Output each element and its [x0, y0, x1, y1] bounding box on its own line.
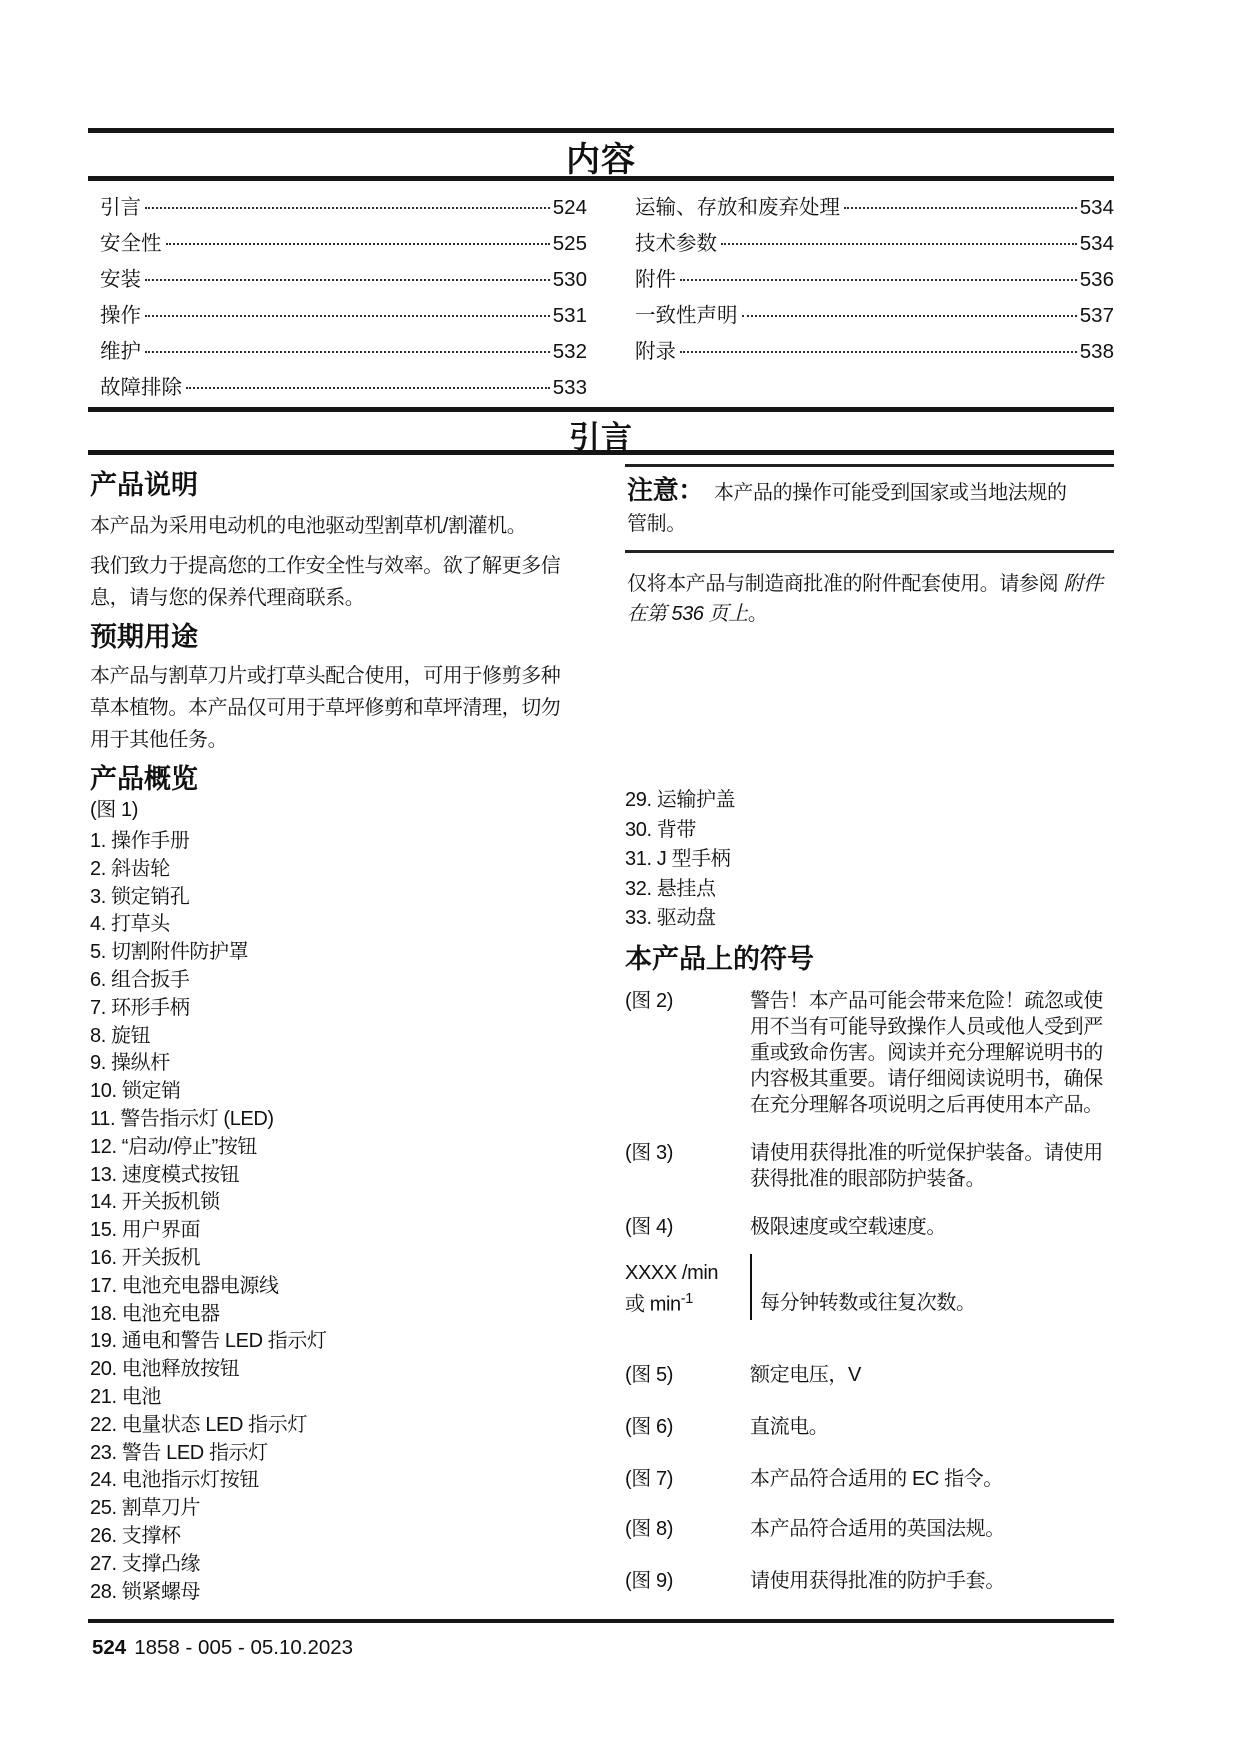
- footer-page-number: 524: [92, 1636, 126, 1659]
- overview-item: 14. 开关扳机锁: [90, 1189, 570, 1217]
- toc-entry-page: 524: [553, 190, 587, 226]
- overview-item: 24. 电池指示灯按钮: [90, 1467, 570, 1495]
- toc-entry[interactable]: 附录 538: [625, 334, 1114, 370]
- units-line1: XXXX /min: [625, 1262, 718, 1284]
- toc-entry[interactable]: 维护 532: [90, 334, 587, 370]
- overview-item: 3. 锁定销孔: [90, 884, 570, 912]
- symbol-entry: (图 9) 请使用获得批准的防护手套。: [625, 1568, 1114, 1594]
- overview-item: 21. 电池: [90, 1384, 570, 1412]
- toc-entry-page: 532: [553, 334, 587, 370]
- overview-item: 7. 环形手柄: [90, 995, 570, 1023]
- toc-entry-title: 故障排除: [100, 370, 182, 406]
- toc-entry-page: 530: [553, 262, 587, 298]
- toc-entry[interactable]: 附件 536: [625, 262, 1114, 298]
- overview-item: 13. 速度模式按钮: [90, 1162, 570, 1190]
- accessory-note-text: 仅将本产品与制造商批准的附件配套使用。请参阅: [627, 573, 1063, 595]
- figure-1-reference: (图 1): [90, 798, 570, 822]
- overview-item: 33. 驱动盘: [625, 904, 1114, 934]
- dot-leader: [145, 207, 550, 209]
- overview-item: 30. 背带: [625, 816, 1114, 846]
- toc-entry[interactable]: 安全性 525: [90, 226, 587, 262]
- toc-entry-page: 534: [1080, 226, 1114, 262]
- units-line2: 或 min: [625, 1293, 681, 1315]
- overview-item: 17. 电池充电器电源线: [90, 1273, 570, 1301]
- symbol-figure-label: (图 5): [625, 1362, 748, 1388]
- footer-doc-id: 1858 - 005 - 05.10.2023: [134, 1636, 353, 1659]
- overview-item: 32. 悬挂点: [625, 875, 1114, 905]
- table-of-contents: 引言 524 安全性 525 安装 530 操作: [90, 190, 1114, 406]
- intended-use-heading: 预期用途: [90, 622, 570, 652]
- note-box: 注意：本产品的操作可能受到国家或当地法规的管制。: [625, 464, 1114, 553]
- horizontal-rule: [88, 1619, 1114, 1623]
- dot-leader: [680, 279, 1077, 281]
- overview-item: 10. 锁定销: [90, 1078, 570, 1106]
- overview-item: 16. 开关扳机: [90, 1245, 570, 1273]
- overview-item: 22. 电量状态 LED 指示灯: [90, 1412, 570, 1440]
- symbol-figure-label: (图 7): [625, 1466, 748, 1492]
- toc-entry-page: 537: [1080, 298, 1114, 334]
- toc-entry-title: 技术参数: [635, 226, 717, 262]
- overview-item: 31. J 型手柄: [625, 845, 1114, 875]
- toc-entry[interactable]: 操作 531: [90, 298, 587, 334]
- overview-item: 18. 电池充电器: [90, 1301, 570, 1329]
- toc-entry-title: 一致性声明: [635, 298, 738, 334]
- overview-item: 26. 支撑杯: [90, 1523, 570, 1551]
- toc-title: 内容: [88, 132, 1114, 181]
- product-description-p2: 我们致力于提高您的工作安全性与效率。欲了解更多信息，请与您的保养代理商联系。: [90, 550, 570, 614]
- symbol-entry: (图 6) 直流电。: [625, 1414, 1114, 1440]
- symbol-entry: (图 7) 本产品符合适用的 EC 指令。: [625, 1466, 1114, 1492]
- symbols-list: (图 2) 警告！本产品可能会带来危险！疏忽或使用不当有可能导致操作人员或他人受…: [625, 988, 1114, 1594]
- overview-item: 8. 旋钮: [90, 1023, 570, 1051]
- dot-leader: [721, 243, 1077, 245]
- symbol-figure-label: (图 3): [625, 1140, 748, 1192]
- dot-leader: [186, 387, 550, 389]
- overview-item: 9. 操纵杆: [90, 1050, 570, 1078]
- units-label: XXXX /min 或 min-1: [625, 1254, 748, 1320]
- symbol-description: 极限速度或空载速度。: [750, 1214, 1114, 1240]
- symbol-entry: (图 2) 警告！本产品可能会带来危险！疏忽或使用不当有可能导致操作人员或他人受…: [625, 988, 1114, 1118]
- overview-item: 5. 切割附件防护罩: [90, 939, 570, 967]
- toc-entry-page: 536: [1080, 262, 1114, 298]
- section-title: 引言: [88, 412, 1114, 457]
- symbol-description: 每分钟转数或往复次数。: [750, 1254, 1114, 1320]
- toc-entry[interactable]: 引言 524: [90, 190, 587, 226]
- dot-leader: [145, 351, 550, 353]
- symbol-description: 请使用获得批准的防护手套。: [750, 1568, 1114, 1594]
- dot-leader: [680, 351, 1077, 353]
- symbol-entry: (图 8) 本产品符合适用的英国法规。: [625, 1516, 1114, 1542]
- toc-entry[interactable]: 故障排除 533: [90, 370, 587, 406]
- symbol-figure-label: (图 2): [625, 988, 748, 1118]
- symbol-entry: (图 5) 额定电压，V: [625, 1362, 1114, 1388]
- intended-use-paragraph: 本产品与割草刀片或打草头配合使用，可用于修剪多种草本植物。本产品仅可用于草坪修剪…: [90, 660, 570, 756]
- dot-leader: [166, 243, 550, 245]
- right-column: 注意：本产品的操作可能受到国家或当地法规的管制。 仅将本产品与制造商批准的附件配…: [625, 464, 1114, 1594]
- overview-item: 1. 操作手册: [90, 828, 570, 856]
- symbol-description: 本产品符合适用的英国法规。: [750, 1516, 1114, 1542]
- toc-entry[interactable]: 技术参数 534: [625, 226, 1114, 262]
- toc-entry-page: 531: [553, 298, 587, 334]
- overview-item: 23. 警告 LED 指示灯: [90, 1440, 570, 1468]
- product-description-p1: 本产品为采用电动机的电池驱动型割草机/割灌机。: [90, 510, 570, 542]
- product-overview-heading: 产品概览: [90, 764, 570, 794]
- symbol-entry: (图 4) 极限速度或空载速度。: [625, 1214, 1114, 1240]
- symbol-figure-label: (图 4): [625, 1214, 748, 1240]
- overview-item: 2. 斜齿轮: [90, 856, 570, 884]
- toc-entry-page: 533: [553, 370, 587, 406]
- symbols-heading: 本产品上的符号: [625, 944, 1114, 974]
- toc-entry-title: 安装: [100, 262, 141, 298]
- units-superscript: -1: [681, 1291, 693, 1307]
- overview-item: 25. 割草刀片: [90, 1495, 570, 1523]
- overview-item: 15. 用户界面: [90, 1217, 570, 1245]
- accessory-note-tail: 。: [748, 603, 768, 625]
- dot-leader: [145, 315, 550, 317]
- symbol-description: 警告！本产品可能会带来危险！疏忽或使用不当有可能导致操作人员或他人受到严重或致命…: [750, 988, 1114, 1118]
- dot-leader: [145, 279, 550, 281]
- page-footer: 5241858 - 005 - 05.10.2023: [92, 1636, 353, 1660]
- toc-entry[interactable]: 安装 530: [90, 262, 587, 298]
- toc-entry-title: 附录: [635, 334, 676, 370]
- toc-column-right: 运输、存放和废弃处理 534 技术参数 534 附件 536 一: [625, 190, 1114, 406]
- overview-item: 11. 警告指示灯 (LED): [90, 1106, 570, 1134]
- toc-column-left: 引言 524 安全性 525 安装 530 操作: [90, 190, 587, 406]
- toc-entry-title: 附件: [635, 262, 676, 298]
- overview-item: 6. 组合扳手: [90, 967, 570, 995]
- overview-item: 27. 支撑凸缘: [90, 1551, 570, 1579]
- overview-item: 29. 运输护盖: [625, 786, 1114, 816]
- overview-item: 19. 通电和警告 LED 指示灯: [90, 1328, 570, 1356]
- symbol-entry-units: XXXX /min 或 min-1 每分钟转数或往复次数。: [625, 1254, 1114, 1320]
- toc-entry-title: 安全性: [100, 226, 162, 262]
- overview-item: 28. 锁紧螺母: [90, 1579, 570, 1607]
- toc-entry-page: 538: [1080, 334, 1114, 370]
- toc-entry-page: 525: [553, 226, 587, 262]
- accessory-note: 仅将本产品与制造商批准的附件配套使用。请参阅 附件在第 536 页上。: [627, 569, 1114, 629]
- toc-entry-page: 534: [1080, 190, 1114, 226]
- dot-leader: [742, 315, 1077, 317]
- overview-list-right: 29. 运输护盖 30. 背带 31. J 型手柄 32. 悬挂点 33. 驱动…: [625, 786, 1114, 934]
- toc-entry[interactable]: 运输、存放和废弃处理 534: [625, 190, 1114, 226]
- toc-entry-title: 运输、存放和废弃处理: [635, 190, 840, 226]
- toc-entry-title: 引言: [100, 190, 141, 226]
- overview-list-left: 1. 操作手册 2. 斜齿轮 3. 锁定销孔 4. 打草头 5. 切割附件防护罩…: [90, 828, 570, 1606]
- toc-entry-title: 操作: [100, 298, 141, 334]
- overview-item: 20. 电池释放按钮: [90, 1356, 570, 1384]
- symbol-entry: (图 3) 请使用获得批准的听觉保护装备。请使用获得批准的眼部防护装备。: [625, 1140, 1114, 1192]
- product-description-heading: 产品说明: [90, 470, 570, 500]
- manual-page: 内容 引言 524 安全性 525 安装 530: [0, 0, 1241, 1754]
- symbol-description: 额定电压，V: [750, 1362, 1114, 1388]
- overview-item: 4. 打草头: [90, 911, 570, 939]
- overview-item: 12. “启动/停止”按钮: [90, 1134, 570, 1162]
- symbol-description: 直流电。: [750, 1414, 1114, 1440]
- dot-leader: [844, 207, 1077, 209]
- left-column: 产品说明 本产品为采用电动机的电池驱动型割草机/割灌机。 我们致力于提高您的工作…: [90, 470, 570, 1606]
- symbol-description: 请使用获得批准的听觉保护装备。请使用获得批准的眼部防护装备。: [750, 1140, 1114, 1192]
- symbol-description: 本产品符合适用的 EC 指令。: [750, 1466, 1114, 1492]
- toc-entry-title: 维护: [100, 334, 141, 370]
- note-label: 注意：: [627, 475, 704, 505]
- symbol-figure-label: (图 6): [625, 1414, 748, 1440]
- symbol-figure-label: (图 9): [625, 1568, 748, 1594]
- toc-entry[interactable]: 一致性声明 537: [625, 298, 1114, 334]
- symbol-figure-label: (图 8): [625, 1516, 748, 1542]
